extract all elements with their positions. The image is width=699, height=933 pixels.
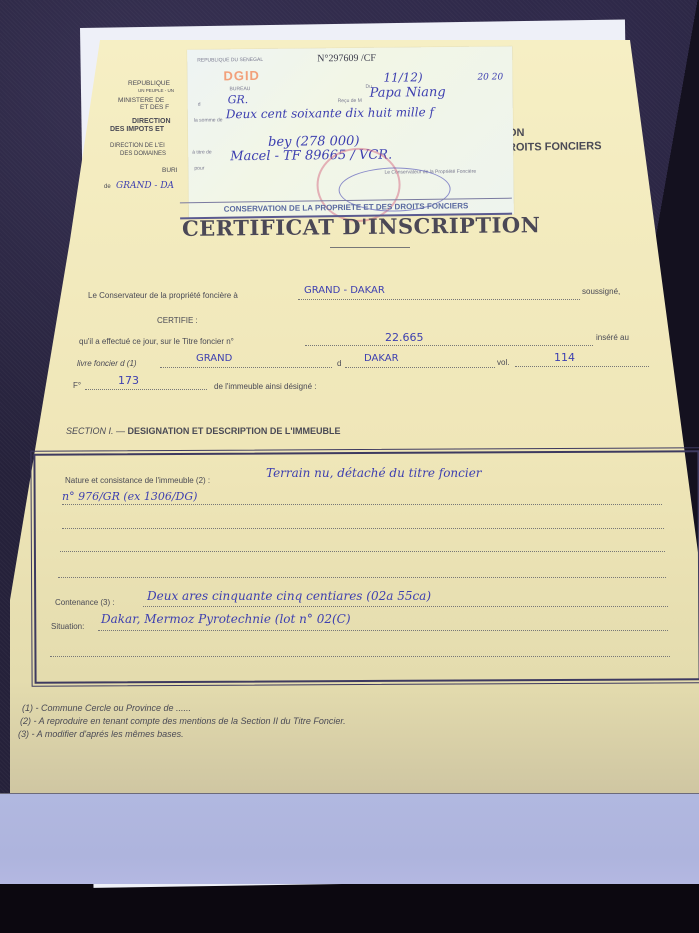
receipt-date: 11/12) bbox=[383, 70, 422, 84]
header-right-line2: ROITS FONCIERS bbox=[508, 140, 602, 154]
conservateur-label: Le Conservateur de la propriété foncière… bbox=[88, 291, 238, 300]
blank-dotline-1 bbox=[62, 528, 664, 529]
vol-label: vol. bbox=[497, 358, 509, 367]
header-bureau-value: GRAND - DA bbox=[116, 181, 174, 191]
titre-foncier-label: qu'il a effectué ce jour, sur le Titre f… bbox=[79, 337, 234, 346]
situation-value: Dakar, Mermoz Pyrotechnie (lot n° 02(C) bbox=[101, 612, 351, 626]
header-et-des: ET DES F bbox=[140, 104, 169, 111]
header-republique: REPUBLIQUE bbox=[128, 80, 170, 87]
footnote-3: (3) - A modifier d'aprés les mêmes bases… bbox=[18, 729, 184, 739]
receipt-titre-label: à titre de bbox=[192, 149, 212, 155]
dark-surface bbox=[0, 880, 699, 933]
header-devise: UN PEUPLE - UN bbox=[138, 88, 174, 93]
receipt-agency: DGID bbox=[223, 68, 260, 83]
certifie-label: CERTIFIE : bbox=[157, 316, 198, 325]
receipt-number: N°297609 /CF bbox=[317, 53, 376, 65]
receipt-pour-label: pour bbox=[194, 166, 204, 172]
livre-foncier-label: livre foncier d (1) bbox=[77, 359, 137, 368]
blank-dotline-3 bbox=[58, 577, 666, 578]
receipt-payer: Papa Niang bbox=[370, 85, 446, 101]
header-ministere: MINISTERE DE bbox=[118, 97, 164, 104]
livre-foncier-value-2: DAKAR bbox=[364, 353, 399, 364]
livre-dotline-1 bbox=[160, 367, 332, 368]
designation-box bbox=[33, 450, 699, 683]
footnote-2: (2) - A reproduire en tenant compte des … bbox=[20, 716, 346, 726]
blank-dotline-2 bbox=[60, 551, 665, 552]
nature-label: Nature et consistance de l'immeuble (2) … bbox=[65, 476, 210, 485]
title-underline bbox=[330, 247, 410, 248]
livre-d-label: d bbox=[337, 359, 341, 368]
section-heading: SECTION I. — DESIGNATION ET DESCRIPTION … bbox=[66, 426, 341, 436]
header-de-label: de bbox=[104, 184, 111, 190]
livre-foncier-value-1: GRAND bbox=[196, 353, 232, 364]
section-heading-prefix: SECTION I. — bbox=[66, 426, 125, 436]
folio-dotline bbox=[85, 389, 207, 390]
receipt-recu-label: Reçu de M bbox=[338, 98, 362, 104]
folio-value: 173 bbox=[118, 374, 139, 387]
receipt-bureau-label: BUREAU bbox=[230, 86, 251, 92]
immeuble-designe-label: de l'immeuble ainsi désigné : bbox=[214, 382, 316, 391]
receipt-somme-label: la somme de bbox=[194, 117, 223, 123]
footnote-1: (1) - Commune Cercle ou Province de ....… bbox=[22, 703, 191, 713]
soussigne-label: soussigné, bbox=[582, 287, 620, 296]
payment-receipt: REPUBLIQUE DU SENEGAL N°297609 /CF DGID … bbox=[187, 46, 514, 217]
contenance-dotline bbox=[143, 606, 668, 607]
nature-dotline-1 bbox=[62, 504, 662, 505]
insere-label: inséré au bbox=[596, 333, 629, 342]
receipt-amount-words: Deux cent soixante dix huit mille f bbox=[226, 105, 434, 121]
blank-dotline-4 bbox=[50, 656, 670, 657]
vol-dotline bbox=[515, 366, 649, 367]
header-domaines: DES DOMAINES bbox=[120, 151, 166, 157]
underlying-sheet-bottom bbox=[0, 793, 699, 884]
receipt-republique: REPUBLIQUE DU SENEGAL bbox=[197, 57, 263, 64]
contenance-label: Contenance (3) : bbox=[55, 598, 115, 607]
nature-value-line1: Terrain nu, détaché du titre foncier bbox=[266, 466, 482, 480]
section-heading-title: DESIGNATION ET DESCRIPTION DE L'IMMEUBLE bbox=[128, 426, 341, 436]
page-title: CERTIFICAT D'INSCRIPTION bbox=[182, 212, 541, 241]
titre-foncier-dotline bbox=[305, 345, 593, 346]
titre-foncier-value: 22.665 bbox=[385, 331, 424, 344]
folio-label: F° bbox=[73, 381, 81, 390]
header-impots: DES IMPOTS ET bbox=[110, 126, 164, 133]
conservateur-value: GRAND - DAKAR bbox=[304, 285, 385, 296]
situation-dotline bbox=[98, 630, 668, 631]
receipt-d-label: d bbox=[198, 102, 201, 108]
header-direction-domaines: DIRECTION DE L'EI bbox=[110, 143, 165, 149]
receipt-d-value: GR. bbox=[228, 93, 249, 106]
nature-value-line2: n° 976/GR (ex 1306/DG) bbox=[62, 490, 197, 503]
header-direction: DIRECTION bbox=[132, 118, 171, 125]
situation-label: Situation: bbox=[51, 622, 84, 631]
vol-value: 114 bbox=[554, 351, 575, 364]
contenance-value: Deux ares cinquante cinq centiares (02a … bbox=[147, 589, 431, 603]
livre-dotline-2 bbox=[345, 367, 495, 368]
header-bureau: BURI bbox=[162, 167, 178, 174]
conservateur-dotline bbox=[298, 299, 580, 300]
receipt-year: 20 20 bbox=[477, 72, 503, 82]
